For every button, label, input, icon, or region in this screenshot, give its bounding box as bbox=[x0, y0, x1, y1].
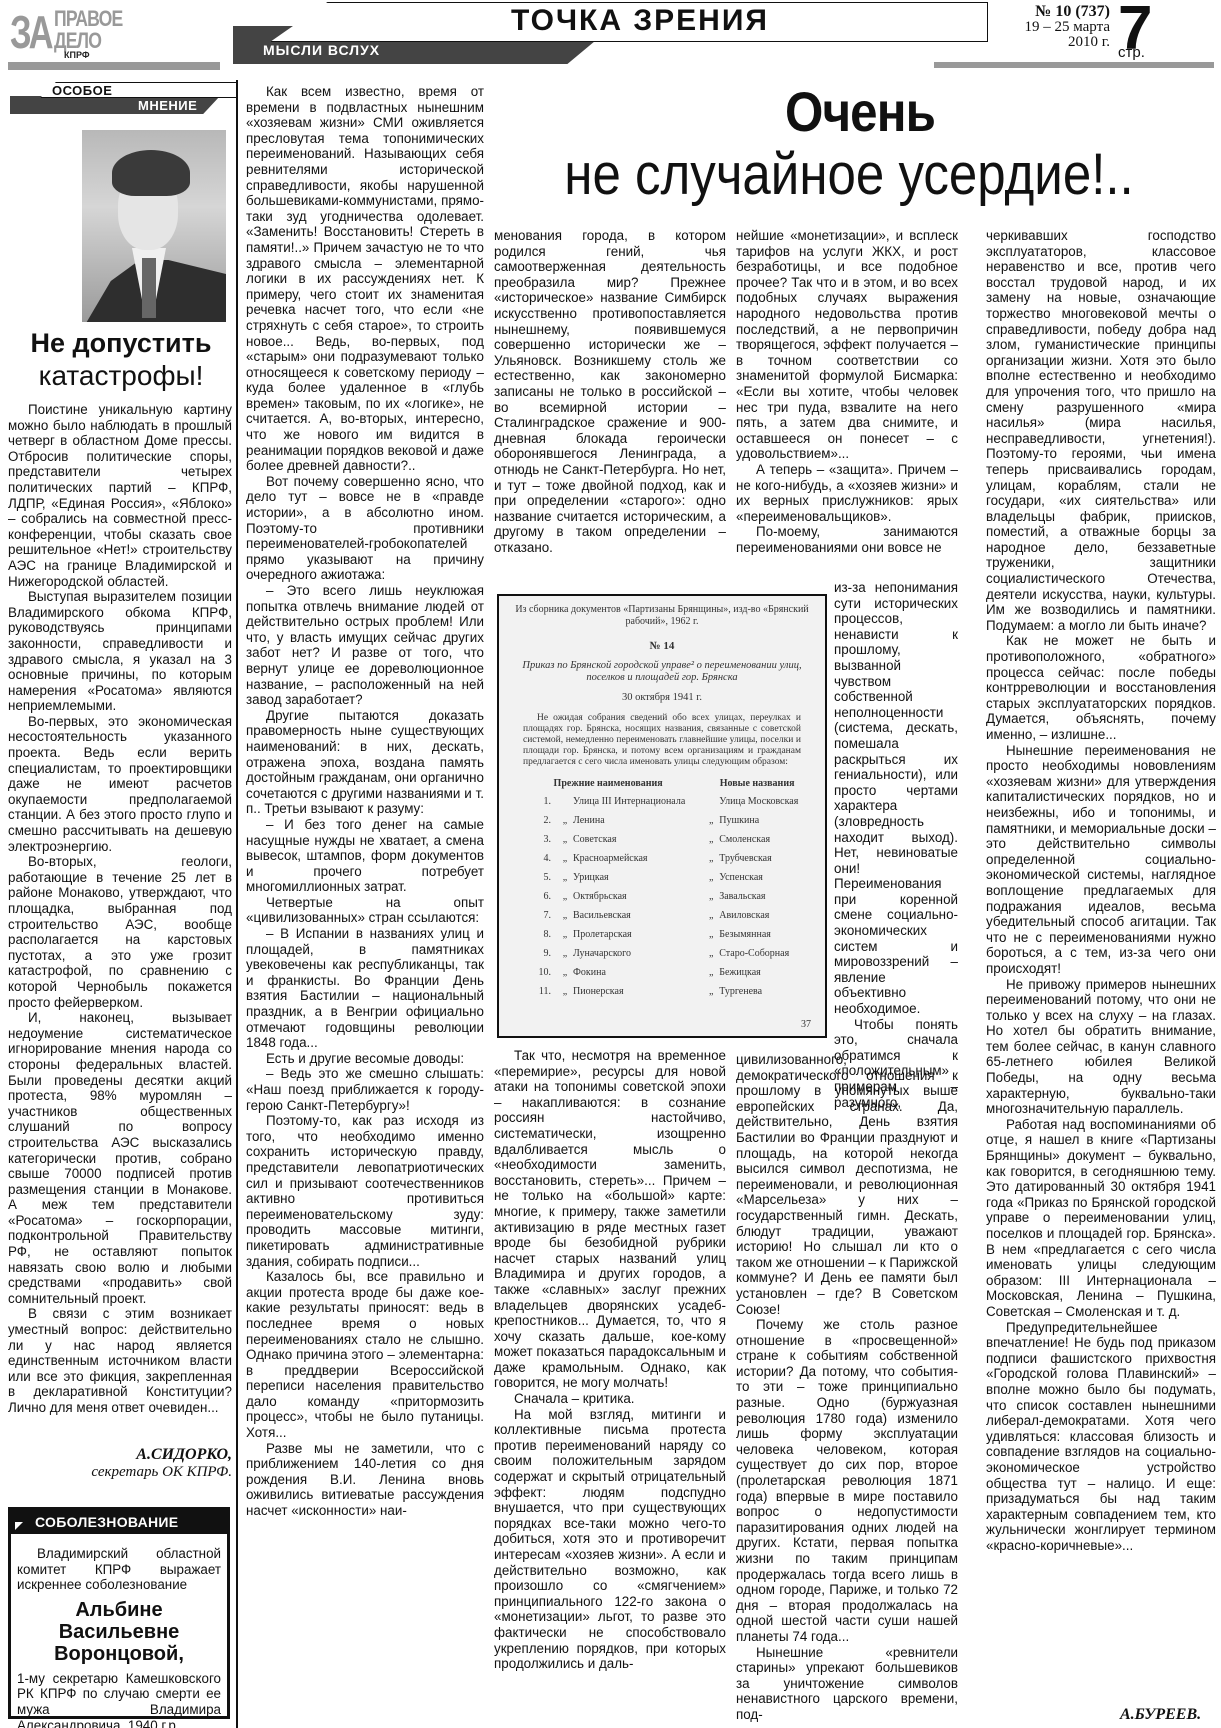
main-headline-line-2: не случайное усердие!.. bbox=[528, 144, 1170, 206]
table-cell-q1: „ bbox=[557, 945, 573, 964]
masthead-rule-right bbox=[934, 62, 1214, 68]
newspaper-logo: ЗА ПРАВОЕ ДЕЛО КПРФ bbox=[10, 6, 140, 58]
table-cell-new: Авиловская bbox=[719, 907, 811, 926]
table-cell-q2: „ bbox=[703, 983, 719, 1002]
paragraph: Работая над воспоминаниями об отце, я на… bbox=[986, 1117, 1216, 1320]
document-number: № 14 bbox=[513, 640, 811, 652]
paragraph: Поэтому-то, как раз исходя из того, что … bbox=[246, 1113, 484, 1269]
table-cell-q2: „ bbox=[703, 850, 719, 869]
page-label: стр. bbox=[1118, 44, 1145, 61]
paragraph: Четвертые на опыт «цивилизованных» стран… bbox=[246, 895, 484, 926]
table-cell-n: 1. bbox=[513, 793, 557, 812]
table-cell-new: Завальская bbox=[719, 888, 811, 907]
table-cell-new: Безымянная bbox=[719, 926, 811, 945]
archival-document-image: Из сборника документов «Партизаны Брянщи… bbox=[497, 594, 827, 1038]
main-article-column-1: Как всем известно, время от времени в по… bbox=[246, 84, 484, 1519]
table-cell-old: Октябрьская bbox=[573, 888, 703, 907]
condolence-header: СОБОЛЕЗНОВАНИЕ bbox=[11, 1510, 227, 1534]
paragraph: По-моему, занимаются переименованиями он… bbox=[736, 524, 958, 555]
paragraph: – Ведь это же смешно слышать: «Наш поезд… bbox=[246, 1066, 484, 1113]
author-name: А.СИДОРКО, bbox=[8, 1446, 232, 1464]
condolence-intro: Владимирский областной комитет КПРФ выра… bbox=[17, 1546, 221, 1593]
main-article-column-2-top: менования города, в котором родился гени… bbox=[494, 228, 726, 555]
paragraph: Не привожу примеров нынешних переименова… bbox=[986, 977, 1216, 1117]
issue-info: № 10 (737) 19 – 25 марта 2010 г. bbox=[1000, 4, 1110, 50]
table-cell-q1: „ bbox=[557, 983, 573, 1002]
table-row: 8.„Пролетарская„Безымянная bbox=[513, 926, 811, 945]
paragraph: Есть и другие весомые доводы: bbox=[246, 1051, 484, 1067]
table-cell-q1: „ bbox=[557, 812, 573, 831]
condolence-header-text: СОБОЛЕЗНОВАНИЕ bbox=[35, 1514, 178, 1530]
table-row: 11.„Пионерская„Тургенева bbox=[513, 983, 811, 1002]
table-cell-q2: „ bbox=[703, 831, 719, 850]
table-cell-n: 8. bbox=[513, 926, 557, 945]
table-cell-n: 11. bbox=[513, 983, 557, 1002]
table-cell-q2: „ bbox=[703, 869, 719, 888]
main-article-column-2-bottom: Так что, несмотря на временное «перемири… bbox=[494, 1048, 726, 1672]
table-row: 9.„Луначарского„Старо-Соборная bbox=[513, 945, 811, 964]
corner-triangle-icon bbox=[15, 1522, 23, 1530]
table-cell-old: Советская bbox=[573, 831, 703, 850]
logo-word: ПРАВОЕ ДЕЛО bbox=[54, 8, 123, 52]
main-article-signature: А.БУРЕЕВ. bbox=[1120, 1706, 1201, 1724]
table-cell-new: Трубчевская bbox=[719, 850, 811, 869]
rubric-line-2: МНЕНИЕ bbox=[138, 98, 197, 113]
document-text: Не ожидая собрания сведений обо всех ули… bbox=[513, 713, 811, 768]
table-cell-q2: „ bbox=[703, 964, 719, 983]
paragraph: На мой взгляд, митинги и коллективные пи… bbox=[494, 1407, 726, 1672]
paragraph: – В Испании в названиях улиц и площадей,… bbox=[246, 926, 484, 1051]
table-cell-q1: „ bbox=[557, 869, 573, 888]
paragraph: Во-вторых, геологи, работающие в течение… bbox=[8, 854, 232, 1010]
table-cell-old: Урицкая bbox=[573, 869, 703, 888]
table-cell-q1: „ bbox=[557, 907, 573, 926]
author-role: секретарь ОК КПРФ. bbox=[8, 1464, 232, 1481]
paragraph: Почему же столь разное отношение в «прос… bbox=[736, 1317, 958, 1644]
paragraph: И, наконец, вызывает недоумение системат… bbox=[8, 1010, 232, 1306]
left-headline-line-1: Не допустить bbox=[10, 328, 232, 359]
paragraph: Во-первых, это экономическая несостоятел… bbox=[8, 714, 232, 854]
column-header-new: Новые названия bbox=[703, 778, 811, 793]
paragraph: – Это всего лишь неуклюжая попытка отвле… bbox=[246, 583, 484, 708]
paragraph: – И без того денег на самые насущные нуж… bbox=[246, 817, 484, 895]
column-divider bbox=[236, 80, 238, 1728]
table-cell-new: Старо-Соборная bbox=[719, 945, 811, 964]
logo-za: ЗА bbox=[10, 6, 51, 58]
table-row: 10.„Фокина„Бежицкая bbox=[513, 964, 811, 983]
table-cell-old: Фокина bbox=[573, 964, 703, 983]
table-cell-q1 bbox=[557, 793, 573, 812]
table-cell-old: Красноармейская bbox=[573, 850, 703, 869]
table-cell-n: 2. bbox=[513, 812, 557, 831]
column-header-old: Прежние наименования bbox=[513, 778, 703, 793]
table-cell-q2 bbox=[703, 793, 719, 812]
paragraph: Выступая выразителем позиции Владимирско… bbox=[8, 589, 232, 714]
paragraph: Как всем известно, время от времени в по… bbox=[246, 84, 484, 474]
table-cell-q2: „ bbox=[703, 888, 719, 907]
table-row: 3.„Советская„Смоленская bbox=[513, 831, 811, 850]
table-cell-n: 7. bbox=[513, 907, 557, 926]
table-cell-q1: „ bbox=[557, 964, 573, 983]
condolence-text: 1-му секретарю Камешковского РК КПРФ по … bbox=[17, 1671, 221, 1728]
table-row: 4.„Красноармейская„Трубчевская bbox=[513, 850, 811, 869]
paragraph: черкивавших господство эксплуататоров, к… bbox=[986, 228, 1216, 633]
table-cell-new: Тургенева bbox=[719, 983, 811, 1002]
left-headline-line-2: катастрофы! bbox=[10, 360, 232, 392]
document-source: Из сборника документов «Партизаны Брянщи… bbox=[513, 604, 811, 628]
table-cell-new: Смоленская bbox=[719, 831, 811, 850]
main-article-column-3-top: нейшие «монетизации», и всплеск тарифов … bbox=[736, 228, 958, 555]
table-cell-q1: „ bbox=[557, 850, 573, 869]
street-rename-table: Прежние наименования Новые названия 1.Ул… bbox=[513, 778, 811, 1002]
table-row: 7.„Васильевская„Авиловская bbox=[513, 907, 811, 926]
paragraph: Другие пытаются доказать правомерность н… bbox=[246, 708, 484, 817]
condolence-body: Владимирский областной комитет КПРФ выра… bbox=[17, 1546, 221, 1728]
document-title: Приказ по Брянской городской управе² о п… bbox=[513, 660, 811, 684]
special-opinion-rubric: ОСОБОЕ МНЕНИЕ bbox=[10, 82, 232, 118]
issue-dates: 19 – 25 марта bbox=[1025, 19, 1111, 35]
table-cell-q2: „ bbox=[703, 945, 719, 964]
table-row: 2.„Ленина„Пушкина bbox=[513, 812, 811, 831]
table-cell-q2: „ bbox=[703, 812, 719, 831]
paragraph: Нынешние «ревнители старины» упрекают бо… bbox=[736, 1645, 958, 1723]
table-cell-q1: „ bbox=[557, 926, 573, 945]
table-cell-old: Улица III Интернационала bbox=[573, 793, 703, 812]
table-cell-n: 9. bbox=[513, 945, 557, 964]
document-page-number: 37 bbox=[801, 1019, 811, 1030]
table-cell-old: Ленина bbox=[573, 812, 703, 831]
table-cell-new: Улица Московская bbox=[719, 793, 811, 812]
paragraph: нейшие «монетизации», и всплеск тарифов … bbox=[736, 228, 958, 462]
section-subrubric: МЫСЛИ ВСЛУХ bbox=[263, 42, 380, 58]
table-cell-new: Успенская bbox=[719, 869, 811, 888]
paragraph: Нынешние переименования не просто необхо… bbox=[986, 743, 1216, 977]
table-cell-n: 6. bbox=[513, 888, 557, 907]
paragraph: А теперь – «защита». Причем – не кого-ни… bbox=[736, 462, 958, 524]
paragraph: Так что, несмотря на временное «перемири… bbox=[494, 1048, 726, 1391]
author-portrait-photo bbox=[82, 130, 226, 322]
rubric-line-1: ОСОБОЕ bbox=[52, 83, 112, 98]
main-article-column-4: черкивавших господство эксплуататоров, к… bbox=[986, 228, 1216, 1553]
table-cell-old: Луначарского bbox=[573, 945, 703, 964]
main-article-column-3-wrap: из-за непонимания сути исторических проц… bbox=[834, 580, 958, 1110]
masthead-rule-left bbox=[8, 62, 220, 70]
paragraph: Разве мы не заметили, что с приближением… bbox=[246, 1441, 484, 1519]
table-row: 1.Улица III ИнтернационалаУлица Московск… bbox=[513, 793, 811, 812]
table-cell-n: 4. bbox=[513, 850, 557, 869]
paragraph: Вот почему совершенно ясно, что дело тут… bbox=[246, 474, 484, 583]
table-cell-old: Пионерская bbox=[573, 983, 703, 1002]
table-cell-n: 5. bbox=[513, 869, 557, 888]
paragraph: В связи с этим возникает уместный вопрос… bbox=[8, 1306, 232, 1415]
condolence-recipient: Альбине Васильевне Воронцовой, bbox=[17, 1599, 221, 1665]
table-cell-n: 10. bbox=[513, 964, 557, 983]
table-cell-q1: „ bbox=[557, 888, 573, 907]
issue-year: 2010 г. bbox=[1068, 34, 1110, 50]
table-cell-new: Пушкина bbox=[719, 812, 811, 831]
paragraph: менования города, в котором родился гени… bbox=[494, 228, 726, 555]
paragraph: цивилизованного, демократического отноше… bbox=[736, 1052, 958, 1317]
document-date: 30 октября 1941 г. bbox=[513, 692, 811, 703]
paragraph: из-за непонимания сути исторических проц… bbox=[834, 580, 958, 1017]
table-cell-q2: „ bbox=[703, 907, 719, 926]
table-cell-n: 3. bbox=[513, 831, 557, 850]
paragraph: Предупредительнейшее впечатление! Не буд… bbox=[986, 1320, 1216, 1554]
table-cell-old: Пролетарская bbox=[573, 926, 703, 945]
main-article-column-3-bottom: цивилизованного, демократического отноше… bbox=[736, 1052, 958, 1723]
paragraph: Как не может не быть и противоположного,… bbox=[986, 633, 1216, 742]
issue-number: № 10 (737) bbox=[1035, 3, 1110, 20]
logo-party: КПРФ bbox=[64, 50, 90, 60]
paragraph: Сначала – критика. bbox=[494, 1391, 726, 1407]
left-article-signature: А.СИДОРКО, секретарь ОК КПРФ. bbox=[8, 1446, 232, 1481]
left-article-body: Поистине уникальную картину можно было н… bbox=[8, 402, 232, 1416]
paragraph: Казалось бы, все правильно и акции проте… bbox=[246, 1269, 484, 1441]
table-row: 6.„Октябрьская„Завальская bbox=[513, 888, 811, 907]
table-cell-new: Бежицкая bbox=[719, 964, 811, 983]
paragraph: Поистине уникальную картину можно было н… bbox=[8, 402, 232, 589]
table-cell-q1: „ bbox=[557, 831, 573, 850]
main-headline-line-1: Очень bbox=[649, 82, 1071, 142]
table-row: 5.„Урицкая„Успенская bbox=[513, 869, 811, 888]
condolence-box: СОБОЛЕЗНОВАНИЕ Владимирский областной ко… bbox=[8, 1507, 230, 1719]
section-rubric: ТОЧКА ЗРЕНИЯ bbox=[440, 4, 840, 38]
table-cell-old: Васильевская bbox=[573, 907, 703, 926]
table-cell-q2: „ bbox=[703, 926, 719, 945]
